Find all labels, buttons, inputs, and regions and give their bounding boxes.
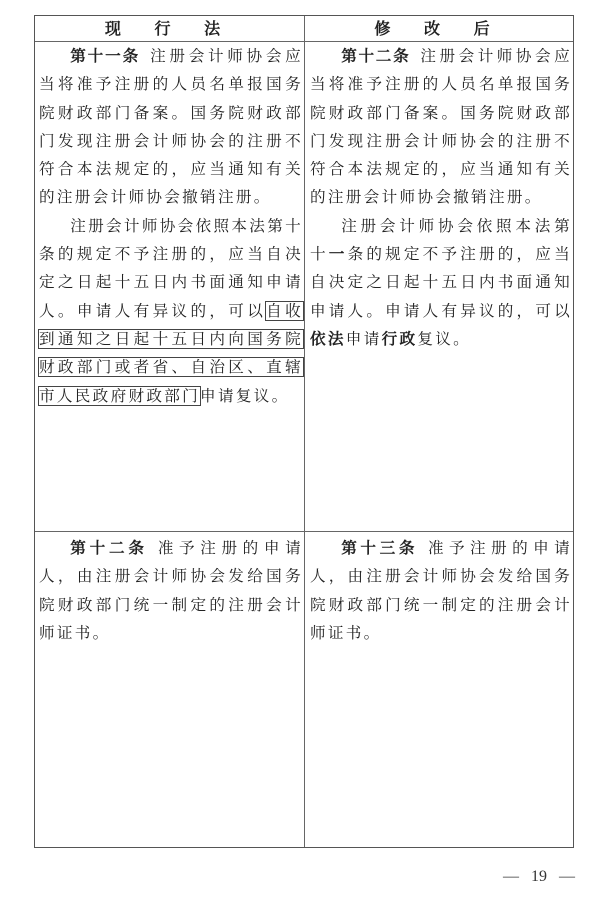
- article-title: 第十二条: [341, 47, 410, 65]
- page-number: — 19 —: [503, 868, 575, 886]
- article-paragraph: 注册会计师协会依照本法第十一条的规定不予注册的，应当自决定之日起十五日内书面通知…: [310, 212, 572, 353]
- header-current-law: 现 行 法: [35, 16, 304, 41]
- row1-current-cell: 第十一条注册会计师协会应当将准予注册的人员名单报国务院财政部门备案。国务院财政部…: [35, 42, 303, 410]
- article-paragraph: 第十二条注册会计师协会应当将准予注册的人员名单报国务院财政部门备案。国务院财政部…: [310, 42, 572, 212]
- row2-current-cell: 第十二条准予注册的申请人，由注册会计师协会发给国务院财政部门统一制定的注册会计师…: [35, 534, 303, 647]
- added-text: 行政: [382, 330, 418, 348]
- row2-revised-cell: 第十三条准予注册的申请人，由注册会计师协会发给国务院财政部门统一制定的注册会计师…: [306, 534, 572, 647]
- article-title: 第十三条: [341, 539, 418, 557]
- article-title: 第十一条: [70, 47, 140, 65]
- article-paragraph: 第十三条准予注册的申请人，由注册会计师协会发给国务院财政部门统一制定的注册会计师…: [310, 534, 572, 647]
- article-title: 第十二条: [70, 539, 148, 557]
- column-divider: [304, 16, 305, 847]
- article-paragraph: 第十二条准予注册的申请人，由注册会计师协会发给国务院财政部门统一制定的注册会计师…: [39, 534, 303, 647]
- added-text: 一: [329, 245, 348, 263]
- article-paragraph: 注册会计师协会依照本法第十条的规定不予注册的，应当自决定之日起十五日内书面通知申…: [39, 212, 303, 410]
- row1-revised-cell: 第十二条注册会计师协会应当将准予注册的人员名单报国务院财政部门备案。国务院财政部…: [306, 42, 572, 353]
- header-revised-law: 修 改 后: [305, 16, 573, 41]
- added-text: 依法: [310, 330, 346, 348]
- article-paragraph: 第十一条注册会计师协会应当将准予注册的人员名单报国务院财政部门备案。国务院财政部…: [39, 42, 303, 212]
- row-divider: [35, 531, 573, 532]
- comparison-table: 现 行 法 修 改 后 第十一条注册会计师协会应当将准予注册的人员名单报国务院财…: [34, 15, 574, 848]
